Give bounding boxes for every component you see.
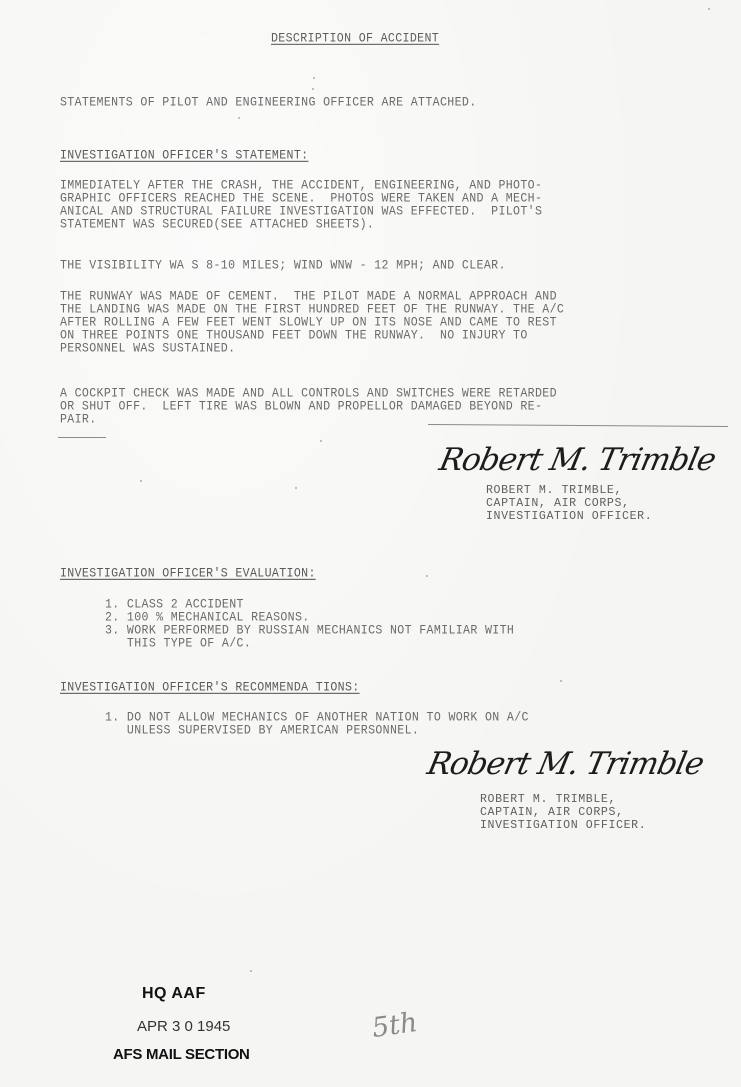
document-page: DESCRIPTION OF ACCIDENT STATEMENTS OF PI…	[0, 0, 741, 1087]
scan-speck	[560, 680, 562, 682]
signer-rank: CAPTAIN, AIR CORPS,	[486, 498, 630, 510]
statement-heading: INVESTIGATION OFFICER'S STATEMENT:	[60, 150, 308, 164]
scan-speck	[320, 440, 322, 442]
handwritten-signature: Robert M. Trimble	[424, 746, 706, 782]
signer-title: INVESTIGATION OFFICER.	[486, 511, 652, 523]
scan-speck	[313, 77, 315, 79]
paragraph-line: PERSONNEL WAS SUSTAINED.	[60, 343, 235, 357]
handwritten-signature: Robert M. Trimble	[436, 442, 718, 478]
scan-speck	[140, 480, 142, 482]
stamp-section: AFS MAIL SECTION	[113, 1046, 250, 1063]
scan-speck	[250, 970, 252, 972]
paragraph-line: PAIR.	[60, 414, 97, 428]
recommendation-item-continued: UNLESS SUPERVISED BY AMERICAN PERSONNEL.	[105, 725, 419, 739]
paragraph-line: OR SHUT OFF. LEFT TIRE WAS BLOWN AND PRO…	[60, 401, 542, 415]
signer-name: ROBERT M. TRIMBLE,	[486, 485, 622, 497]
scan-speck	[312, 88, 314, 90]
paragraph-line: STATEMENT WAS SECURED(SEE ATTACHED SHEET…	[60, 219, 374, 233]
scan-speck	[426, 575, 428, 577]
signer-title: INVESTIGATION OFFICER.	[480, 820, 646, 832]
pen-underline	[428, 424, 728, 427]
stamp-date: APR 3 0 1945	[137, 1018, 230, 1035]
statement-paragraph-visibility: THE VISIBILITY WA S 8-10 MILES; WIND WNW…	[60, 260, 506, 274]
scan-speck	[708, 8, 710, 10]
handwritten-note: 5th	[370, 1007, 419, 1044]
document-title: DESCRIPTION OF ACCIDENT	[271, 33, 439, 47]
scan-speck	[295, 487, 297, 489]
scan-speck	[238, 117, 240, 119]
signer-name: ROBERT M. TRIMBLE,	[480, 794, 616, 806]
stamp-office: HQ AAF	[142, 985, 206, 1003]
pen-underline	[58, 437, 106, 438]
evaluation-item-continued: THIS TYPE OF A/C.	[105, 638, 251, 652]
signer-rank: CAPTAIN, AIR CORPS,	[480, 807, 624, 819]
recommendations-heading: INVESTIGATION OFFICER'S RECOMMENDA TIONS…	[60, 682, 360, 696]
evaluation-heading: INVESTIGATION OFFICER'S EVALUATION:	[60, 568, 316, 582]
attached-statements-note: STATEMENTS OF PILOT AND ENGINEERING OFFI…	[60, 97, 477, 111]
